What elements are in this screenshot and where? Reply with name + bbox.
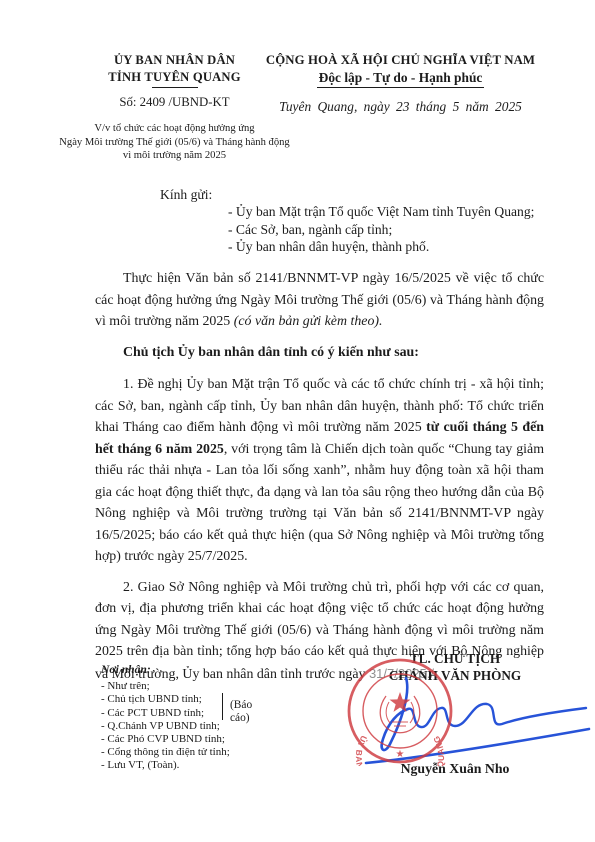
national-header-block: CỘNG HOÀ XÃ HỘI CHỦ NGHĨA VIỆT NAM Độc l… [253,52,548,115]
distribution-item: - Các Phó CVP UBND tỉnh; [101,733,230,746]
opening-paragraph: Thực hiện Văn bản số 2141/BNNMT-VP ngày … [95,268,544,333]
report-bracket-line [222,693,223,720]
national-name: CỘNG HOÀ XÃ HỘI CHỦ NGHĨA VIỆT NAM [253,52,548,69]
report-note: (Báo cáo) [230,699,252,725]
item1-text-post: , với trọng tâm là Chiến dịch toàn quốc … [95,442,544,565]
directive-item-1: 1. Đề nghị Ủy ban Mặt trận Tổ quốc và cá… [95,374,544,568]
distribution-item: - Chủ tịch UBND tỉnh; [101,693,230,706]
distribution-item: - Cổng thông tin điện tử tỉnh; [101,746,230,759]
subject-line3: vì môi trường năm 2025 [52,149,297,163]
distribution-block: Nơi nhận: - Như trên; - Chủ tịch UBND tỉ… [101,663,230,773]
document-page: ỦY BAN NHÂN DÂN TỈNH TUYÊN QUANG Số: 240… [0,0,595,842]
distribution-item: - Q.Chánh VP UBND tỉnh; [101,720,230,733]
recipient-item: - Ủy ban nhân dân huyện, thành phố. [228,238,534,255]
recipients-list: - Ủy ban Mặt trận Tổ quốc Việt Nam tỉnh … [228,203,534,255]
document-body: Thực hiện Văn bản số 2141/BNNMT-VP ngày … [95,268,544,694]
recipients-label: Kính gửi: [160,186,534,203]
recipients-block: Kính gửi: - Ủy ban Mặt trận Tổ quốc Việt… [160,186,534,256]
national-motto: Độc lập - Tự do - Hạnh phúc [317,70,485,88]
emblem-star-icon [390,692,411,712]
recipient-item: - Ủy ban Mặt trận Tổ quốc Việt Nam tỉnh … [228,203,534,220]
seal-star-icon: ★ [396,749,405,760]
subject-line1: V/v tổ chức các hoạt động hưởng ứng [52,122,297,136]
distribution-item: - Các PCT UBND tỉnh; [101,707,230,720]
issuer-underline [152,87,198,88]
recipient-item: - Các Sở, ban, ngành cấp tỉnh; [228,221,534,238]
official-seal: ỦY BAN NHÂN DÂN TỈNH TUYÊN QUANG ★ [345,656,455,766]
place-date: Tuyên Quang, ngày 23 tháng 5 năm 2025 [253,99,548,115]
distribution-label: Nơi nhận: [101,663,230,676]
signer-name: Nguyễn Xuân Nho [355,761,555,777]
distribution-item: - Như trên; [101,680,230,693]
distribution-item: - Lưu VT, (Toàn). [101,759,230,772]
directive-heading: Chủ tịch Ủy ban nhân dân tỉnh có ý kiến … [95,342,544,364]
subject-line2: Ngày Môi trường Thế giới (05/6) và Tháng… [52,136,297,150]
document-subject: V/v tổ chức các hoạt động hưởng ứng Ngày… [52,122,297,163]
opening-note: (có văn bản gửi kèm theo). [234,314,383,329]
